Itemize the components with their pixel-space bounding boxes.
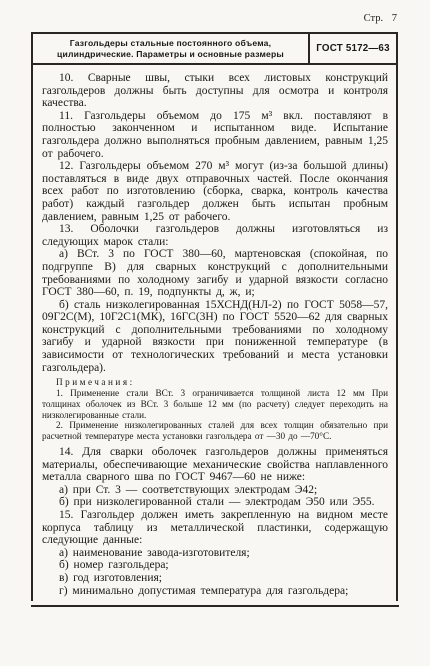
paragraph-14: 14. Для сварки оболочек газгольдеров дол… [42,446,388,484]
paragraph-11: 11. Газгольдеры объемом до 175 м³ вкл. п… [42,110,388,160]
paragraph-14-item-a: а) при Ст. 3 — соответствующих электрода… [42,484,388,497]
page-bottom-rule [31,605,399,607]
paragraph-14-item-b: б) при низколегированной стали — электро… [42,496,388,509]
paragraph-13-item-b: б) сталь низколегированная 15ХСНД(НЛ-2) … [42,299,388,375]
paragraph-12: 12. Газгольдеры объемом 270 м³ могут (из… [42,160,388,223]
document-title-line2: цилиндрические. Параметры и основные раз… [57,49,284,60]
paragraph-13: 13. Оболочки газгольдеров должны изготов… [42,223,388,248]
document-title-cell: Газгольдеры стальные постоянного объема,… [33,34,310,63]
paragraph-13-item-a: а) ВСт. 3 по ГОСТ 380—60, мартеновская (… [42,248,388,298]
scanned-document-page: { "colors": { "paper": "#f8f7f3", "ink":… [0,0,430,666]
document-title-line1: Газгольдеры стальные постоянного объема, [70,38,271,49]
gost-number: ГОСТ 5172—63 [316,43,389,54]
page-number: Стр. 7 [364,13,397,24]
note-2: 2. Применение низколегированных сталей д… [42,420,388,442]
notes-title: Примечания: [42,377,388,388]
paragraph-15-item-b: б) номер газгольдера; [42,559,388,572]
document-header-table: Газгольдеры стальные постоянного объема,… [33,34,396,65]
document-frame: Газгольдеры стальные постоянного объема,… [31,32,398,601]
paragraph-15-item-v: в) год изготовления; [42,572,388,585]
note-1: 1. Применение стали ВСт. 3 ограничиваетс… [42,388,388,420]
notes-block: Примечания: 1. Применение стали ВСт. 3 о… [42,377,388,442]
paragraph-10: 10. Сварные швы, стыки всех листовых кон… [42,72,388,110]
gost-number-cell: ГОСТ 5172—63 [310,34,396,63]
paragraph-15-item-g: г) минимально допустимая температура для… [42,585,388,598]
paragraph-15-item-a: а) наименование завода-изготовителя; [42,547,388,560]
paragraph-15: 15. Газгольдер должен иметь закрепленную… [42,509,388,547]
document-body: 10. Сварные швы, стыки всех листовых кон… [33,65,396,597]
